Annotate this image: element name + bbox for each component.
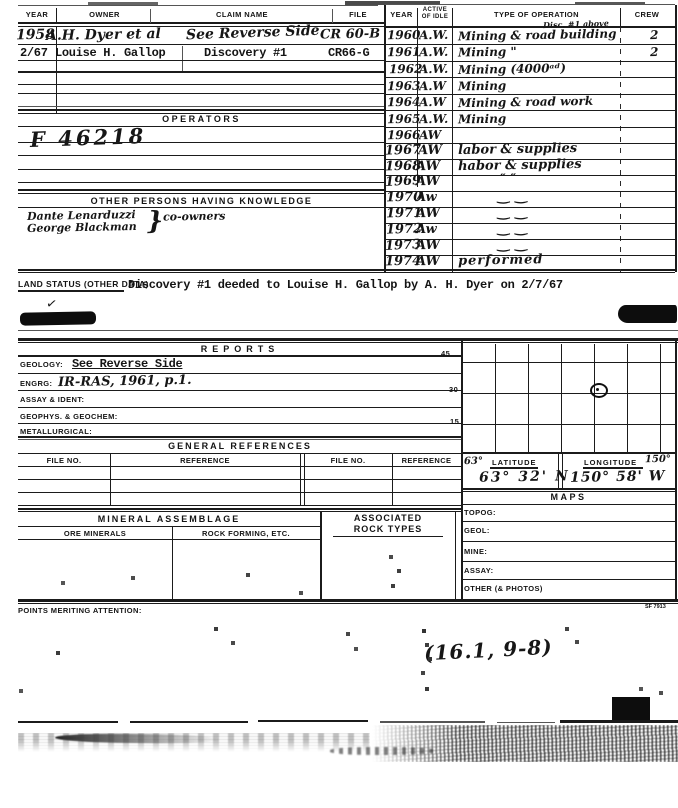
activity-crew: 2 bbox=[650, 45, 659, 59]
geology-value: See Reverse Side bbox=[72, 357, 182, 371]
scan-noise-patch bbox=[330, 747, 435, 755]
rule-line bbox=[18, 508, 461, 510]
activity-operation: Mining bbox=[458, 79, 506, 94]
scan-smudge-corner bbox=[618, 305, 677, 323]
activity-status: AW bbox=[419, 128, 441, 142]
mining-claim-record-card: YEAR OWNER CLAIM NAME FILE 1958 A.H. Dye… bbox=[0, 0, 678, 808]
rock-forming-col: ROCK FORMING, ETC. bbox=[172, 529, 320, 538]
rule-line bbox=[333, 536, 443, 537]
rule-line bbox=[18, 189, 385, 191]
rule-line bbox=[461, 504, 676, 505]
rule-line bbox=[18, 155, 385, 156]
activity-status: AW bbox=[416, 159, 440, 174]
column-divider bbox=[172, 526, 173, 599]
margin-note: (16.1, 9-8) bbox=[423, 635, 553, 666]
rule-line bbox=[18, 22, 385, 24]
rule-line bbox=[461, 561, 676, 562]
broken-edge-line bbox=[258, 720, 368, 722]
rule-line bbox=[18, 342, 678, 343]
activity-year: 1963 bbox=[387, 79, 421, 94]
column-header-owner: OWNER bbox=[57, 10, 152, 19]
grid-line bbox=[660, 344, 661, 452]
rule-line bbox=[18, 142, 385, 143]
activity-operation: performed bbox=[458, 252, 544, 268]
broken-edge-line bbox=[380, 721, 485, 723]
rule-line bbox=[18, 599, 678, 602]
grid-line bbox=[462, 393, 675, 394]
maps-other-label: OTHER (& PHOTOS) bbox=[464, 584, 543, 593]
column-divider bbox=[300, 453, 301, 506]
activity-operation: ″ ″ bbox=[500, 172, 516, 187]
owner-row-file: CR 60-B bbox=[320, 26, 380, 42]
co-owners-note: co-owners bbox=[163, 209, 226, 223]
column-divider bbox=[452, 8, 453, 272]
metallurgical-label: METALLURGICAL: bbox=[20, 427, 92, 436]
assay-ident-label: ASSAY & IDENT: bbox=[20, 395, 84, 404]
rule-line bbox=[385, 77, 675, 78]
rule-line bbox=[461, 541, 676, 542]
rule-line bbox=[18, 60, 385, 61]
column-divider bbox=[620, 27, 621, 272]
associated-rock-types-title: ROCK TYPES bbox=[321, 524, 455, 534]
scan-smudge-bar bbox=[20, 311, 96, 325]
column-header-crew: CREW bbox=[622, 10, 672, 19]
plotted-location-marker bbox=[590, 383, 608, 398]
activity-operation: Mining (4000ᵃᵈ) bbox=[458, 61, 566, 77]
activity-status: A.W bbox=[419, 95, 446, 109]
owner-row-owner: A.H. Dyer et al bbox=[46, 26, 161, 44]
grid-line bbox=[594, 344, 595, 452]
rule-line bbox=[18, 526, 320, 527]
activity-year: 1965 bbox=[387, 112, 421, 127]
land-status-value: Discovery #1 deeded to Louise H. Gallop … bbox=[128, 278, 563, 292]
rule-line bbox=[18, 106, 385, 107]
form-number: SF 7913 bbox=[645, 604, 666, 610]
broken-edge-line bbox=[18, 721, 118, 723]
owner-row-claim: See Reverse Side bbox=[186, 23, 320, 44]
rule-line bbox=[18, 511, 461, 512]
grid-scale-30: 30 bbox=[449, 385, 458, 394]
panel-border bbox=[675, 338, 677, 599]
grid-scale-15: 15 bbox=[450, 417, 459, 426]
column-header-year: YEAR bbox=[18, 10, 56, 19]
column-divider bbox=[620, 8, 621, 27]
latitude-label: LATITUDE bbox=[492, 458, 537, 467]
activity-status: Aw bbox=[416, 222, 437, 237]
column-divider bbox=[417, 8, 418, 27]
rule-line bbox=[18, 466, 461, 467]
owner-row-owner: Louise H. Gallop bbox=[55, 46, 165, 60]
grid-line bbox=[561, 344, 562, 452]
ref-col-file-no: FILE NO. bbox=[18, 456, 110, 465]
grid-scale-45: 45 bbox=[441, 349, 450, 358]
column-divider bbox=[110, 453, 111, 506]
points-meriting-attention-label: POINTS MERITING ATTENTION: bbox=[18, 606, 142, 615]
rule-line bbox=[18, 5, 378, 6]
rule-line bbox=[18, 439, 461, 440]
activity-crew: 2 bbox=[650, 28, 659, 42]
activity-status: AW bbox=[418, 143, 442, 158]
column-header-active-idle: ACTIVE bbox=[418, 7, 452, 13]
activity-status: A.W. bbox=[419, 112, 449, 127]
longitude-value: 150° 58' W bbox=[570, 468, 666, 486]
rule-line bbox=[18, 93, 385, 94]
maps-section-title: MAPS bbox=[461, 492, 676, 502]
scan-noise-band bbox=[372, 725, 678, 762]
longitude-label: LONGITUDE bbox=[584, 458, 637, 467]
rule-line bbox=[18, 338, 678, 341]
rule-line bbox=[18, 390, 461, 391]
rule-line bbox=[18, 505, 461, 506]
activity-operation: Mining bbox=[458, 112, 506, 127]
grid-line bbox=[462, 362, 675, 363]
activity-status: AW bbox=[416, 254, 440, 269]
rule-line bbox=[18, 539, 320, 540]
activity-status: AW bbox=[416, 174, 440, 189]
reports-section-title: REPORTS bbox=[18, 344, 462, 354]
rule-line bbox=[18, 84, 385, 85]
rule-line bbox=[18, 290, 124, 292]
owner-row-year: 2/67 bbox=[20, 46, 48, 60]
rule-line bbox=[18, 423, 461, 424]
rule-line bbox=[18, 272, 675, 273]
activity-year: 1961 bbox=[387, 45, 421, 60]
brace-mark: } bbox=[147, 206, 164, 235]
rule-line bbox=[18, 436, 461, 438]
table-border bbox=[675, 5, 677, 272]
column-header-claim-name: CLAIM NAME bbox=[152, 10, 332, 19]
latitude-degrees: 63° bbox=[464, 456, 483, 467]
engrg-value: IR-RAS, 1961, p.1. bbox=[58, 373, 192, 390]
rule-line bbox=[18, 169, 385, 170]
rule-line bbox=[461, 521, 676, 522]
rule-line bbox=[385, 4, 675, 5]
scan-specks bbox=[0, 0, 2, 2]
rule-line bbox=[461, 488, 676, 490]
column-divider bbox=[332, 9, 333, 23]
scan-black-square bbox=[612, 697, 650, 721]
column-header-year: YEAR bbox=[386, 10, 417, 19]
maps-topog-label: TOPOG: bbox=[464, 508, 496, 517]
grid-line bbox=[528, 344, 529, 452]
operators-entry: F 46218 bbox=[30, 123, 147, 152]
rule-line bbox=[18, 71, 385, 73]
grid-line bbox=[462, 452, 675, 454]
activity-year: 1960 bbox=[387, 28, 421, 43]
grid-line bbox=[462, 424, 675, 425]
owner-row-file: CR66-G bbox=[328, 46, 369, 60]
activity-status: A.W bbox=[419, 79, 446, 93]
activity-year: 1962 bbox=[389, 62, 423, 77]
activity-operation: ‿ ‿ bbox=[497, 234, 527, 253]
grid-line bbox=[627, 344, 628, 452]
longitude-degrees: 150° bbox=[645, 454, 671, 465]
activity-status: A.W. bbox=[419, 28, 449, 43]
general-references-title: GENERAL REFERENCES bbox=[18, 441, 462, 451]
latitude-value: 63° 32' N bbox=[479, 468, 570, 486]
column-header-active-idle: OF IDLE bbox=[418, 14, 452, 20]
operators-section-title: OPERATORS bbox=[18, 114, 385, 124]
engrg-label: ENGRG: bbox=[20, 379, 52, 388]
rule-line bbox=[385, 110, 675, 111]
rule-line bbox=[18, 407, 461, 408]
owner-row-claim: Discovery #1 bbox=[204, 46, 287, 60]
activity-year: 1966 bbox=[387, 128, 421, 143]
rule-line bbox=[18, 207, 385, 208]
panel-border bbox=[461, 338, 463, 599]
column-divider bbox=[150, 9, 151, 23]
maps-mine-label: MINE: bbox=[464, 547, 487, 556]
activity-status: Aw bbox=[416, 190, 437, 205]
maps-assay-label: ASSAY: bbox=[464, 566, 494, 575]
knowledge-person-2: George Blackman bbox=[27, 220, 137, 235]
column-divider bbox=[455, 511, 456, 599]
rule-line bbox=[18, 193, 385, 194]
maps-geol-label: GEOL: bbox=[464, 526, 490, 535]
rule-line bbox=[18, 109, 385, 111]
activity-operation: labor & supplies bbox=[458, 141, 577, 158]
broken-edge-line bbox=[560, 720, 678, 723]
ref-col-reference: REFERENCE bbox=[392, 456, 461, 465]
mineral-assemblage-title: MINERAL ASSEMBLAGE bbox=[18, 514, 320, 524]
activity-year: 1964 bbox=[387, 95, 421, 110]
rule-line bbox=[18, 44, 385, 45]
rule-line bbox=[18, 479, 461, 480]
rule-line bbox=[18, 492, 461, 493]
ref-col-file-no: FILE NO. bbox=[304, 456, 392, 465]
column-divider bbox=[392, 453, 393, 506]
check-mark: ✓ bbox=[45, 296, 58, 313]
scan-noise-band bbox=[18, 733, 370, 752]
activity-operation: habor & supplies bbox=[458, 157, 582, 174]
column-header-file: FILE bbox=[332, 10, 384, 19]
activity-operation: Mining " bbox=[458, 44, 517, 59]
column-divider bbox=[182, 46, 183, 71]
column-divider bbox=[56, 8, 57, 24]
column-divider bbox=[304, 453, 305, 506]
rule-line bbox=[18, 269, 675, 271]
activity-operation: Mining & road work bbox=[458, 94, 593, 110]
rule-line bbox=[18, 330, 678, 331]
associated-rock-types-title: ASSOCIATED bbox=[321, 513, 455, 523]
activity-operation: Mining & road building bbox=[458, 27, 617, 44]
activity-status: AW bbox=[416, 206, 440, 221]
activity-status: AW bbox=[416, 238, 440, 253]
grid-line bbox=[495, 344, 496, 452]
activity-status: A.W. bbox=[419, 45, 449, 60]
rule-line bbox=[18, 182, 385, 183]
broken-edge-line bbox=[130, 721, 248, 723]
geology-label: GEOLOGY: bbox=[20, 360, 63, 369]
rule-line bbox=[18, 603, 678, 604]
broken-edge-line bbox=[497, 722, 555, 723]
geophys-geochem-label: GEOPHYS. & GEOCHEM: bbox=[20, 412, 118, 421]
rule-line bbox=[18, 453, 461, 454]
activity-status: A.W. bbox=[419, 62, 449, 77]
other-persons-section-title: OTHER PERSONS HAVING KNOWLEDGE bbox=[18, 196, 385, 206]
ore-minerals-col: ORE MINERALS bbox=[18, 529, 172, 538]
activity-year: 1967 bbox=[385, 142, 422, 158]
rule-line bbox=[461, 579, 676, 580]
ref-col-reference: REFERENCE bbox=[110, 456, 300, 465]
